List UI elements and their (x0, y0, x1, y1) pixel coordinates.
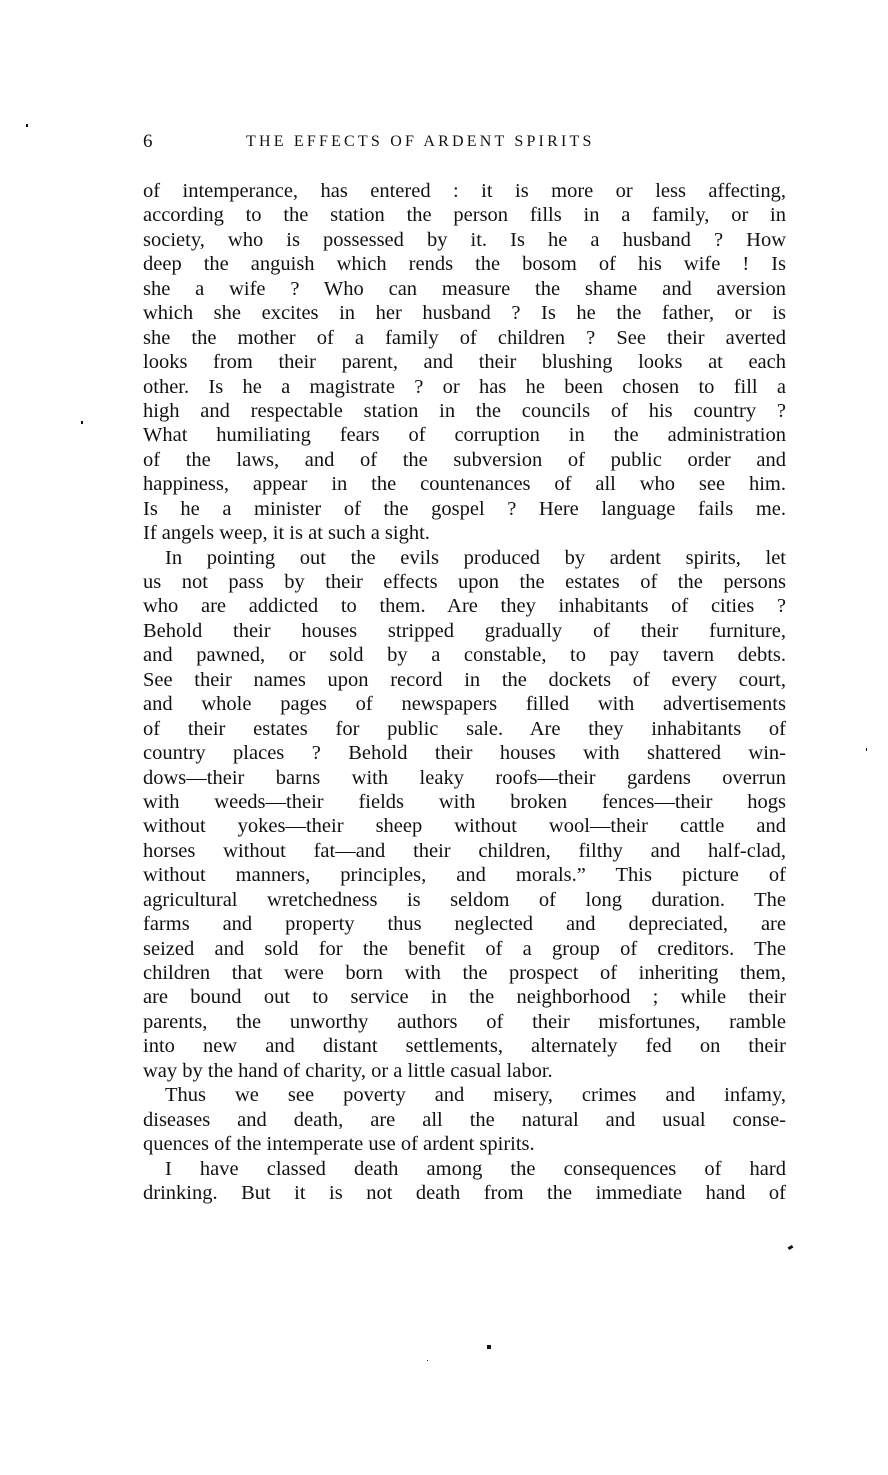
text-line: are bound out to service in the neighbor… (143, 985, 786, 1009)
text-line: according to the station the person fill… (143, 203, 786, 227)
scan-speck (26, 124, 28, 127)
scan-speck (788, 1245, 794, 1250)
scan-speck (427, 1360, 428, 1361)
scan-speck (81, 421, 83, 424)
text-line: I have classed death among the consequen… (143, 1157, 786, 1181)
text-line: she a wife ? Who can measure the shame a… (143, 277, 786, 301)
text-line: into new and distant settlements, altern… (143, 1034, 786, 1058)
scan-speck (866, 748, 867, 751)
text-line: dows—their barns with leaky roofs—their … (143, 766, 786, 790)
text-line: Is he a minister of the gospel ? Here la… (143, 497, 786, 521)
text-line: deep the anguish which rends the bosom o… (143, 252, 786, 276)
book-page: 6 THE EFFECTS OF ARDENT SPIRITS of intem… (0, 0, 888, 1475)
text-line: of their estates for public sale. Are th… (143, 717, 786, 741)
text-line: children that were born with the prospec… (143, 961, 786, 985)
text-line: happiness, appear in the countenances of… (143, 472, 786, 496)
body-text: of intemperance, has entered : it is mor… (143, 179, 786, 1205)
text-line: and pawned, or sold by a constable, to p… (143, 643, 786, 667)
page-number: 6 (143, 131, 153, 153)
text-line: high and respectable station in the coun… (143, 399, 786, 423)
text-line: If angels weep, it is at such a sight. (143, 521, 786, 545)
text-line: who are addicted to them. Are they inhab… (143, 594, 786, 618)
text-line: she the mother of a family of children ?… (143, 326, 786, 350)
text-line: Behold their houses stripped gradually o… (143, 619, 786, 643)
text-line: way by the hand of charity, or a little … (143, 1059, 786, 1083)
text-line: horses without fat—and their children, f… (143, 839, 786, 863)
text-line: diseases and death, are all the natural … (143, 1108, 786, 1132)
text-line: drinking. But it is not death from the i… (143, 1181, 786, 1205)
text-line: quences of the intemperate use of ardent… (143, 1132, 786, 1156)
text-line: with weeds—their fields with broken fenc… (143, 790, 786, 814)
text-line: without yokes—their sheep without wool—t… (143, 814, 786, 838)
text-line: of the laws, and of the subversion of pu… (143, 448, 786, 472)
text-line: In pointing out the evils produced by ar… (143, 546, 786, 570)
text-line: seized and sold for the benefit of a gro… (143, 937, 786, 961)
text-line: See their names upon record in the docke… (143, 668, 786, 692)
text-line: us not pass by their effects upon the es… (143, 570, 786, 594)
text-line: and whole pages of newspapers filled wit… (143, 692, 786, 716)
text-line: country places ? Behold their houses wit… (143, 741, 786, 765)
text-line: looks from their parent, and their blush… (143, 350, 786, 374)
text-line: of intemperance, has entered : it is mor… (143, 179, 786, 203)
text-line: Thus we see poverty and misery, crimes a… (143, 1083, 786, 1107)
text-line: farms and property thus neglected and de… (143, 912, 786, 936)
scan-speck (487, 1345, 491, 1349)
text-line: What humiliating fears of corruption in … (143, 423, 786, 447)
text-line: parents, the unworthy authors of their m… (143, 1010, 786, 1034)
text-line: agricultural wretchedness is seldom of l… (143, 888, 786, 912)
text-line: without manners, principles, and morals.… (143, 863, 786, 887)
running-head: 6 THE EFFECTS OF ARDENT SPIRITS (143, 131, 688, 153)
text-line: society, who is possessed by it. Is he a… (143, 228, 786, 252)
running-title: THE EFFECTS OF ARDENT SPIRITS (246, 131, 595, 153)
text-line: which she excites in her husband ? Is he… (143, 301, 786, 325)
text-line: other. Is he a magistrate ? or has he be… (143, 375, 786, 399)
